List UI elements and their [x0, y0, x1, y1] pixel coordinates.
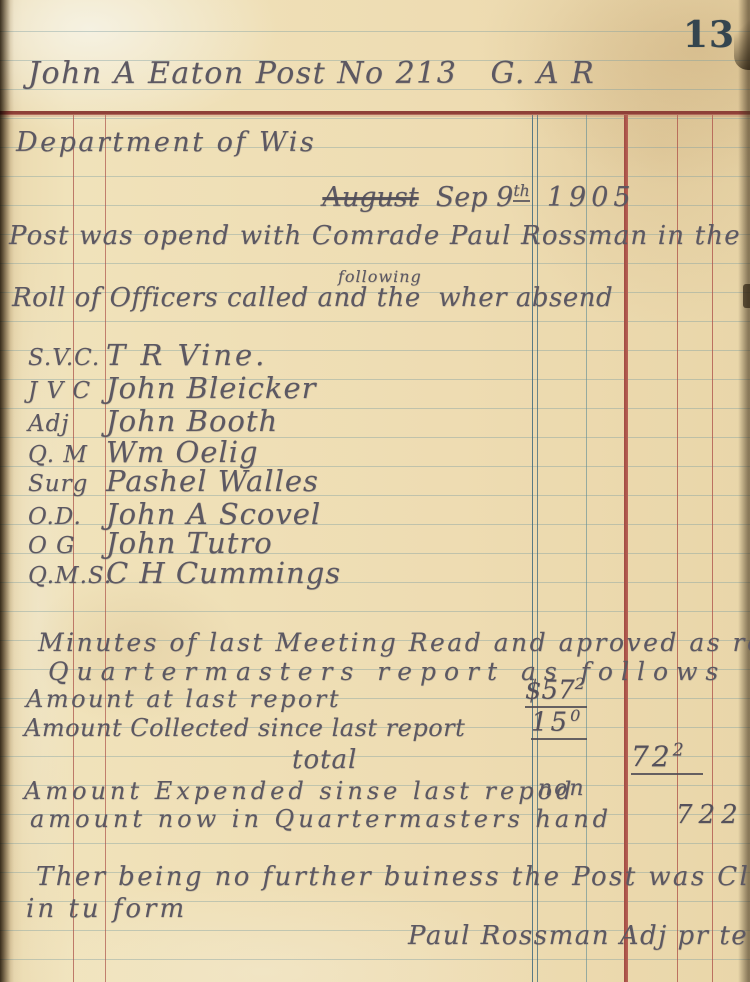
officer-row: Adj John Booth	[28, 404, 278, 438]
quartermaster-report-title: Quartermasters report as follows	[48, 657, 726, 686]
ledger-row-amount: $572	[525, 674, 587, 708]
amount-dollars: 72	[631, 740, 673, 773]
header-title: John A Eaton Post No 213 G. A R	[28, 56, 595, 91]
officer-name: John Booth	[106, 404, 278, 438]
closing-line-1: Ther being no further buiness the Post w…	[36, 862, 750, 892]
ledger-row-amount: 150	[531, 706, 587, 740]
amount-dollars: 15	[531, 708, 570, 738]
ledger-row-label: total	[292, 745, 357, 775]
officer-row: S.V.C. T R Vine.	[28, 338, 267, 372]
date-gap-2	[530, 182, 547, 213]
amount-cents: 2	[575, 674, 585, 693]
page-corner-shadow	[734, 0, 750, 70]
roll-call-intro: Roll of Officers called and the wher abs…	[12, 283, 613, 313]
officer-row: O G John Tutro	[28, 526, 273, 560]
binding-edge	[0, 0, 14, 982]
minutes-approval-line: Minutes of last Meeting Read and aproved…	[38, 628, 750, 657]
amount-cents: 0	[570, 706, 583, 725]
header-red-rule	[0, 111, 750, 117]
ledger-row-amount: 722	[631, 740, 703, 775]
officer-row: J V C John Bleicker	[28, 371, 317, 405]
officer-office: S.V.C.	[28, 345, 106, 371]
date-ordinal: th	[513, 181, 529, 202]
amount-dollars: $57	[525, 676, 575, 706]
opening-line: Post was opend with Comrade Paul Rossman…	[9, 221, 750, 251]
amount-cents: 2	[673, 741, 687, 761]
ledger-row-amount: 722	[676, 800, 744, 830]
officer-row: Surg Pashel Walles	[28, 464, 319, 498]
date-year: 1905	[547, 182, 636, 213]
department-line: Department of Wis	[16, 127, 316, 158]
officer-name: Pashel Walles	[106, 464, 319, 498]
ledger-row-note: non	[538, 776, 586, 801]
page-number: 13	[683, 14, 735, 56]
page-right-edge	[738, 0, 750, 982]
ledger-row-label: Amount Collected since last report	[24, 714, 465, 742]
struck-month: August	[322, 182, 418, 213]
officer-office: J V C	[28, 378, 106, 404]
ledger-row-label: amount now in Quartermasters hand	[30, 805, 612, 833]
page-edge-notch	[743, 284, 750, 308]
officer-office: Adj	[28, 411, 106, 437]
officer-office: Surg	[28, 471, 106, 497]
officer-name: John Tutro	[106, 526, 273, 560]
closing-line-2: in tu form	[26, 894, 187, 924]
officer-name: C H Cummings	[106, 556, 341, 590]
officer-name: John Bleicker	[106, 371, 317, 405]
officer-office: Q.M.S.	[28, 563, 106, 589]
date-month-day: Sep 9	[436, 182, 514, 213]
ledger-page: 13 John A Eaton Post No 213 G. A R Depar…	[0, 0, 750, 982]
officer-name: T R Vine.	[106, 338, 267, 372]
signature: Paul Rossman Adj pr tem	[408, 921, 750, 951]
ledger-row-label: Amount Expended sinse last repod	[24, 777, 575, 805]
officer-row: Q.M.S. C H Cummings	[28, 556, 341, 590]
date-gap	[419, 182, 436, 213]
ledger-row-label: Amount at last report	[26, 685, 341, 713]
